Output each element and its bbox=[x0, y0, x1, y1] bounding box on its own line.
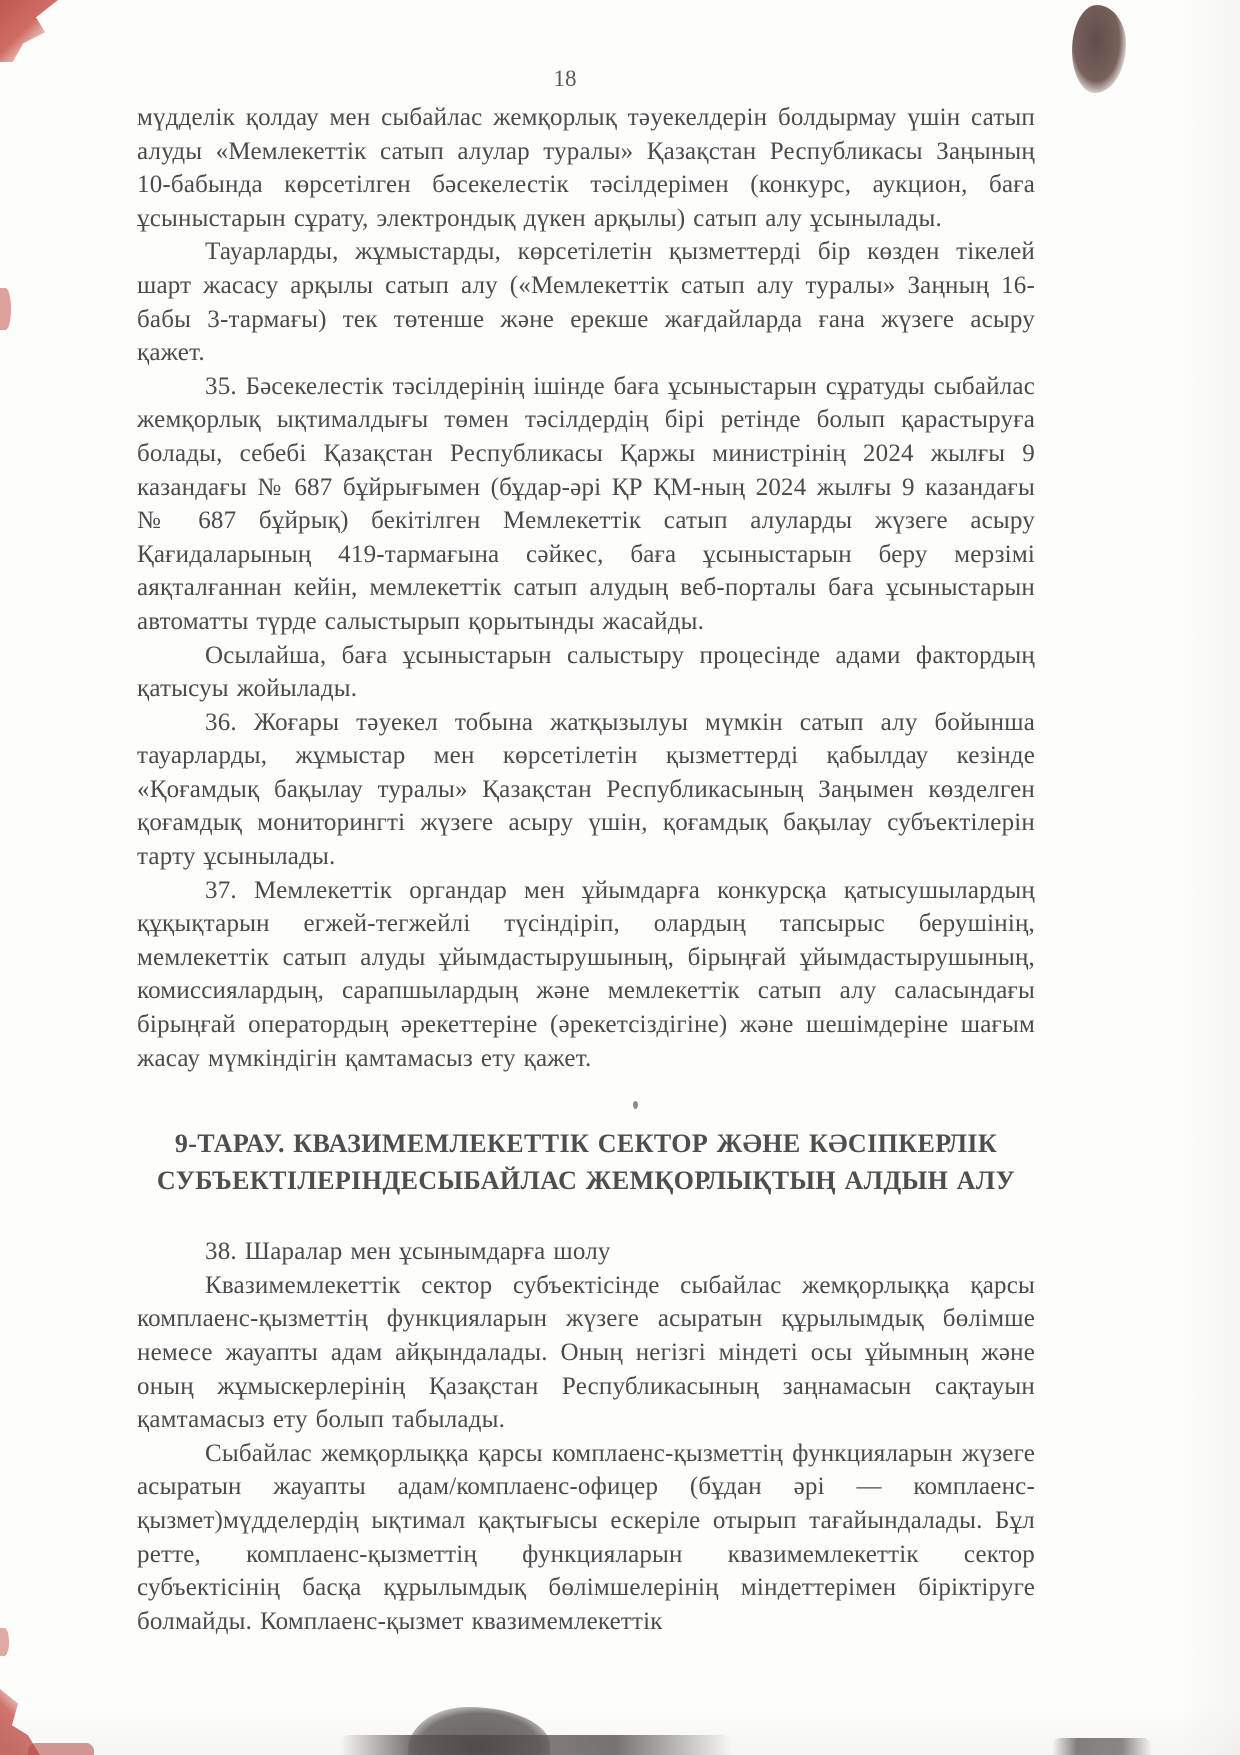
paragraph: 37. Мемлекеттік органдар мен ұйымдарға к… bbox=[137, 874, 1035, 1076]
scan-stain-bottom-right-icon bbox=[1052, 1738, 1152, 1755]
scanned-document-page: 18 мүдделік қолдау мен сыбайлас жемқорлы… bbox=[0, 0, 1240, 1755]
document-body: мүдделік қолдау мен сыбайлас жемқорлық т… bbox=[137, 101, 1035, 1638]
paragraph: Квазимемлекеттік сектор субъектісінде сы… bbox=[137, 1269, 1035, 1437]
paragraph: 35. Бәсекелестік тәсілдерінің ішінде бағ… bbox=[137, 370, 1035, 639]
scan-stain-top-left-icon bbox=[0, 0, 58, 62]
scan-mark-left-lower-icon bbox=[0, 1628, 9, 1656]
paragraph: Тауарларды, жұмыстарды, көрсетілетін қыз… bbox=[137, 235, 1035, 369]
paragraph: 36. Жоғары тәуекел тобына жатқызылуы мүм… bbox=[137, 706, 1035, 874]
paragraph: Осылайша, баға ұсыныстарын салыстыру про… bbox=[137, 639, 1035, 706]
scan-mark-left-upper-icon bbox=[0, 288, 11, 330]
scan-stain-bottom-left-icon bbox=[0, 1689, 40, 1755]
paragraph: мүдделік қолдау мен сыбайлас жемқорлық т… bbox=[137, 101, 1035, 235]
page-number: 18 bbox=[0, 66, 1130, 92]
paragraph: Сыбайлас жемқорлыққа қарсы комплаенс-қыз… bbox=[137, 1437, 1035, 1639]
chapter-heading: 9-ТАРАУ. КВАЗИМЕМЛЕКЕТТІК СЕКТОР ЖӘНЕ КӘ… bbox=[137, 1125, 1035, 1199]
scan-stain-bottom-band-icon bbox=[340, 1735, 732, 1755]
scan-stain-bottom-edge-icon bbox=[28, 1743, 94, 1755]
scan-stain-bottom-blob-icon bbox=[408, 1707, 550, 1755]
paragraph: 38. Шаралар мен ұсынымдарға шолу bbox=[137, 1235, 1035, 1269]
